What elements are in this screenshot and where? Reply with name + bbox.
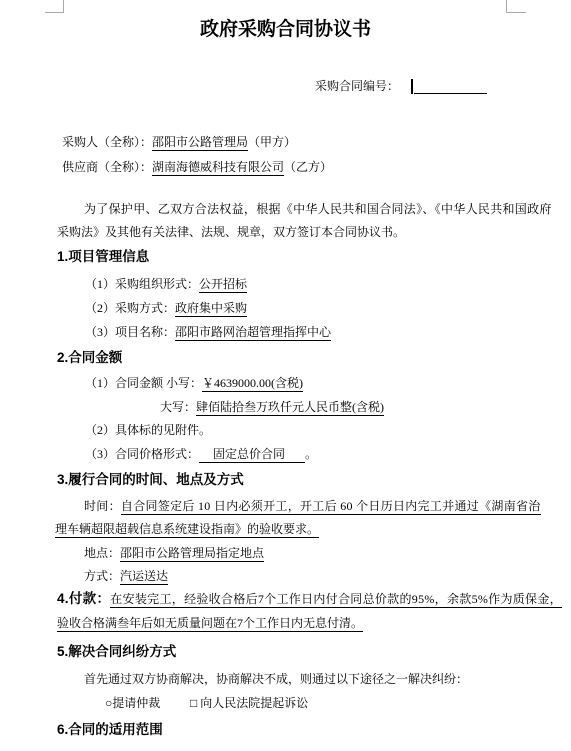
arbitration-option-label: 提请仲裁 (112, 696, 160, 710)
contract-document-page: 政府采购合同协议书 采购合同编号： 采购人（全称）：邵阳市公路管理局（甲方） 供… (0, 0, 571, 751)
price-form-value: 固定总价合同 (199, 447, 305, 463)
contract-no-label: 采购合同编号： (315, 78, 399, 94)
buyer-name: 邵阳市公路管理局 (152, 135, 248, 151)
method-value: 汽运送达 (120, 569, 168, 585)
section1-item3: （3）项目名称：邵阳市路网治超管理指挥中心 (85, 324, 331, 340)
supplier-name: 湖南海德威科技有限公司 (152, 160, 284, 176)
court-checkbox-icon[interactable]: □ (190, 696, 197, 710)
procurement-org-form-label: （1）采购组织形式： (85, 277, 199, 291)
contract-amount-words-line: 大写：肆佰陆拾叁万玖仟元人民币整(含税) (160, 399, 384, 415)
amount-words-label: 大写： (160, 400, 196, 414)
section2-heading: 2.合同金额 (57, 350, 122, 366)
margin-crop-mark-top-right (506, 0, 526, 13)
section2-item3: （3）合同价格形式：固定总价合同。 (85, 446, 317, 462)
procurement-method-label: （2）采购方式： (85, 301, 175, 315)
method-label: 方式： (84, 569, 120, 583)
contract-amount-line: （1）合同金额 小写：￥4639000.00(含税) (85, 375, 303, 391)
place-line: 地点：邵阳市公路管理局指定地点 (84, 545, 264, 561)
court-option-label: 向人民法院提起诉讼 (200, 696, 308, 710)
section1-item2: （2）采购方式：政府集中采购 (85, 300, 247, 316)
section6-heading: 6.合同的适用范围 (57, 722, 163, 738)
supplier-label: 供应商（全称）： (62, 160, 152, 174)
dispute-option-court: □ 向人民法院提起诉讼 (190, 695, 308, 711)
method-line: 方式：汽运送达 (84, 568, 168, 584)
payment-terms-line2: 验收合格满叁年后如无质量问题在7个工作日内无息付清。 (57, 616, 363, 632)
place-label: 地点： (84, 546, 120, 560)
project-name-value: 邵阳市路网治超管理指挥中心 (175, 325, 331, 341)
price-form-suffix: 。 (305, 447, 317, 461)
time-label: 时间： (84, 499, 121, 513)
section3-heading: 3.履行合同的时间、地点及方式 (57, 472, 244, 488)
amount-words-value: 肆佰陆拾叁万玖仟元人民币整(含税) (196, 400, 384, 416)
procurement-org-form-value: 公开招标 (199, 277, 247, 293)
section1-item1: （1）采购组织形式：公开招标 (85, 276, 247, 292)
text-cursor (411, 79, 413, 94)
supplier-line: 供应商（全称）：湖南海德威科技有限公司（乙方） (62, 159, 332, 175)
time-line-1: 时间：自合同签定后 10 日内必须开工，开工后 60 个日历日内完工并通过《湖南… (84, 498, 541, 514)
time-value-line1: 自合同签定后 10 日内必须开工，开工后 60 个日历日内完工并通过《湖南省治 (121, 499, 541, 515)
section4-heading: 4.付款： (57, 591, 110, 606)
buyer-label: 采购人（全称）： (62, 135, 152, 149)
document-title: 政府采购合同协议书 (0, 14, 571, 41)
preamble-line-2: 采购法》及其他有关法律、法规、规章，双方签订本合同协议书。 (57, 224, 405, 240)
place-value: 邵阳市公路管理局指定地点 (120, 546, 264, 562)
project-name-label: （3）项目名称： (85, 325, 175, 339)
amount-numeric-label: （1）合同金额 小写： (85, 376, 202, 390)
payment-line-2: 验收合格满叁年后如无质量问题在7个工作日内无息付清。 (57, 615, 363, 631)
payment-terms-line1: 在安装完工，经验收合格后7个工作日内付合同总价款的95%，余款5%作为质保金， (110, 592, 562, 608)
time-line-2: 理车辆超限超载信息系统建设指南》的验收要求。 (55, 521, 319, 537)
dispute-intro: 首先通过双方协商解决，协商解决不成，则通过以下途径之一解决纠纷： (84, 671, 468, 687)
dispute-option-arbitration: ○提请仲裁 (105, 695, 160, 711)
procurement-method-value: 政府集中采购 (175, 301, 247, 317)
amount-numeric-value: ￥4639000.00(含税) (202, 376, 303, 392)
contract-no-input-field[interactable] (414, 80, 487, 94)
payment-line-1: 4.付款：在安装完工，经验收合格后7个工作日内付合同总价款的95%，余款5%作为… (57, 591, 562, 607)
supplier-role: （乙方） (284, 160, 332, 174)
section2-item2: （2）具体标的见附件。 (85, 422, 211, 438)
buyer-line: 采购人（全称）：邵阳市公路管理局（甲方） (62, 134, 296, 150)
section5-heading: 5.解决合同纠纷方式 (57, 644, 176, 660)
preamble-line-1: 为了保护甲、乙双方合法权益，根据《中华人民共和国合同法》、《中华人民共和国政府 (84, 201, 552, 217)
section1-heading: 1.项目管理信息 (57, 249, 149, 265)
buyer-role: （甲方） (248, 135, 296, 149)
margin-crop-mark-top-left (45, 0, 64, 13)
price-form-label: （3）合同价格形式： (85, 447, 199, 461)
time-value-line2: 理车辆超限超载信息系统建设指南》的验收要求。 (55, 522, 319, 538)
